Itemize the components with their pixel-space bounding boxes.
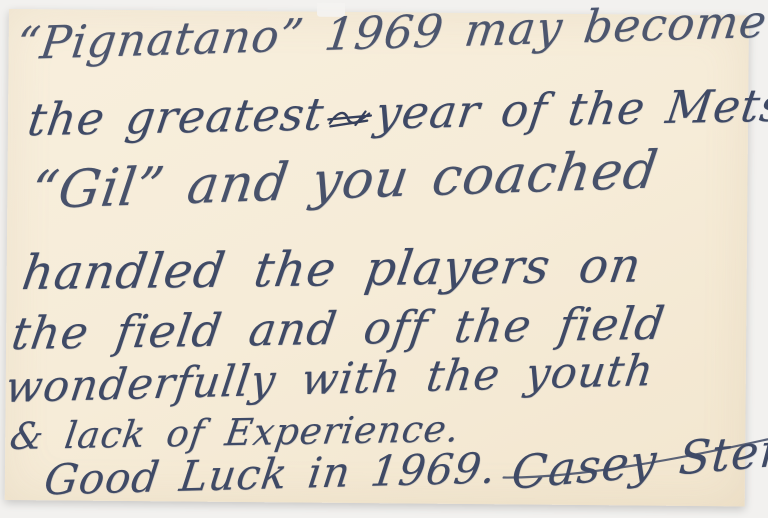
line-2-text-before-strikeout: the greatest [25,87,328,146]
handwritten-line-3: “Gil” and you coached [27,140,662,221]
index-card: “Pignatano” 1969 may become the greatest… [5,9,749,506]
handwritten-line-2: the greatestyear of the Mets. [24,78,768,149]
handwritten-line-1: “Pignatano” 1969 may become [13,0,768,70]
signature-name: Casey Stengel [510,415,768,500]
line-2-text-after-strikeout: year of the Mets. [372,78,768,139]
strikeout-scribble [323,89,376,143]
photo-background: “Pignatano” 1969 may become the greatest… [0,0,768,518]
handwritten-line-4: handled the players on [19,238,646,302]
signature: Casey Stengel [510,415,768,500]
closing-text: Good Luck in 1969. [41,443,499,504]
